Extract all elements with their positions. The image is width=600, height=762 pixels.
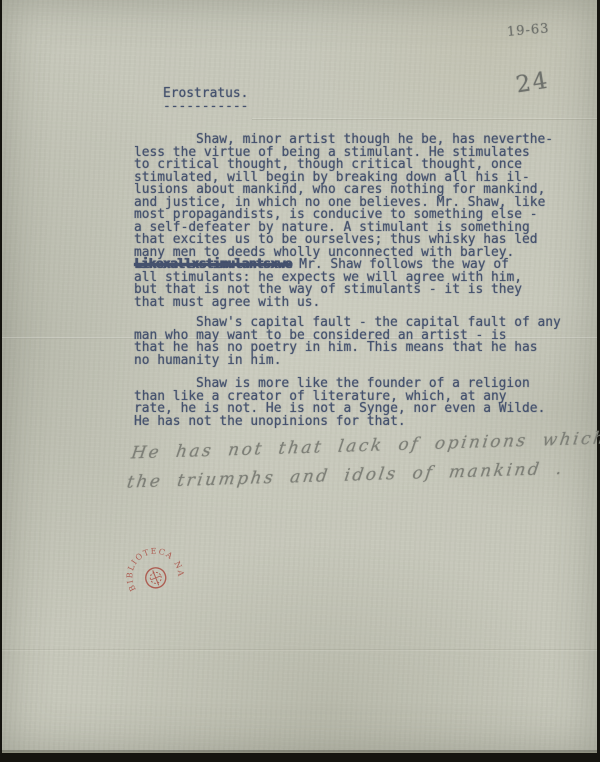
typed-line: that must agree with us. [134, 297, 553, 310]
paper-crease-lower [2, 649, 597, 650]
page-number: 24 [514, 68, 551, 99]
scanned-typescript-page: { "document": { "title": "Erostratus.", … [0, 0, 600, 762]
typed-line: He has not the unopinions for that. [134, 416, 545, 429]
paper-sheet: 19-63 24 Erostratus. ----------- Shaw, m… [2, 0, 597, 753]
document-title-block: Erostratus. ----------- [163, 88, 248, 113]
typed-line: no humanity in him. [134, 355, 561, 368]
paragraph-1: Shaw, minor artist though he be, has nev… [134, 134, 553, 309]
svg-text:BIBLIOTECA NACIONAL: BIBLIOTECA NACIONAL [111, 532, 188, 602]
paper-crease-top [252, 119, 597, 120]
paragraph-2: Shaw's capital fault - the capital fault… [134, 317, 561, 367]
handwritten-note: He has not that lack of opinions which t… [125, 424, 600, 497]
title-underline: ----------- [163, 101, 248, 114]
library-stamp-icon: BIBLIOTECA NACIONAL [111, 532, 200, 621]
stamp-arc-text: BIBLIOTECA NACIONAL [111, 532, 188, 602]
archival-code: 19-63 [506, 21, 550, 40]
paragraph-3: Shaw is more like the founder of a relig… [134, 378, 545, 428]
